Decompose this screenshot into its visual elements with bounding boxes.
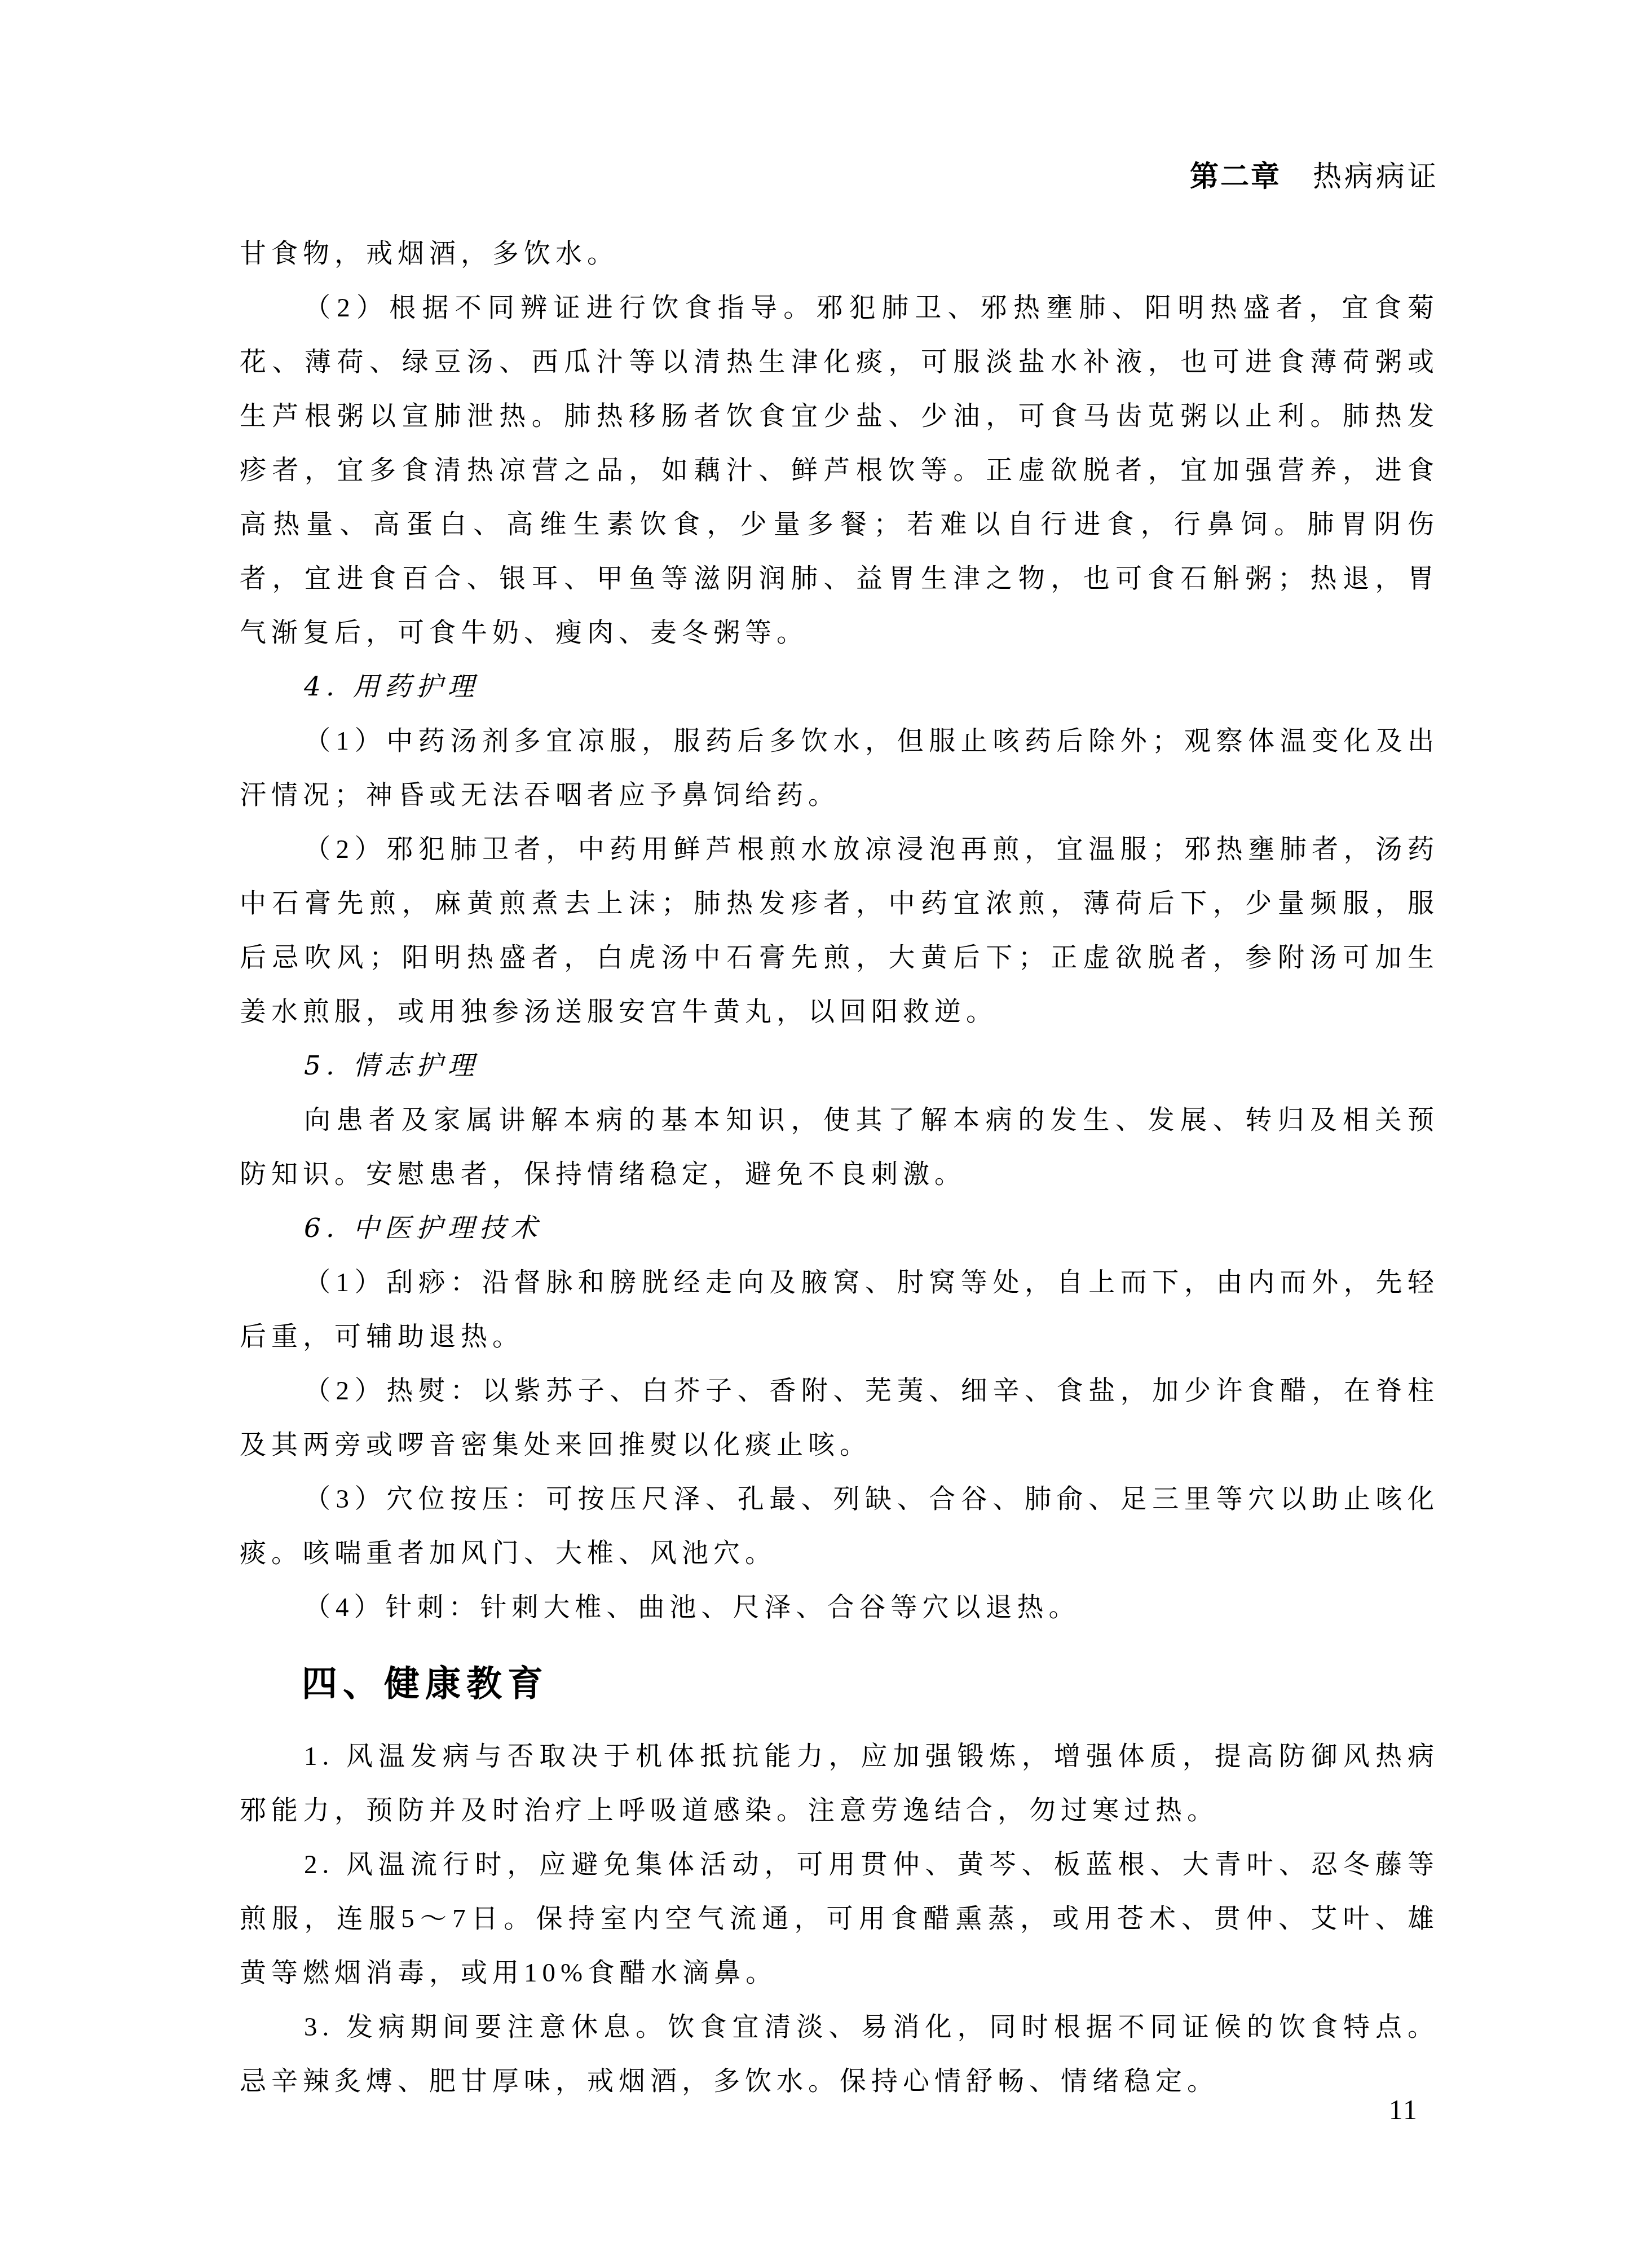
paragraph-medication-1: （1）中药汤剂多宜凉服，服药后多饮水，但服止咳药后除外；观察体温变化及出汗情况；… xyxy=(240,714,1439,822)
paragraph-emotion-care: 向患者及家属讲解本病的基本知识，使其了解本病的发生、发展、转归及相关预防知识。安… xyxy=(240,1093,1439,1201)
subheading-tcm-nursing-skills: 6. 中医护理技术 xyxy=(240,1201,1439,1256)
running-head: 第二章热病病证 xyxy=(240,160,1439,193)
page-body-text: 甘食物，戒烟酒，多饮水。 （2）根据不同辨证进行饮食指导。邪犯肺卫、邪热壅肺、阳… xyxy=(240,227,1439,2108)
paragraph-medication-2: （2）邪犯肺卫者，中药用鲜芦根煎水放凉浸泡再煎，宜温服；邪热壅肺者，汤药中石膏先… xyxy=(240,822,1439,1039)
paragraph-diet-continued: 甘食物，戒烟酒，多饮水。 xyxy=(240,227,1439,281)
paragraph-hot-ironing: （2）热熨：以紫苏子、白芥子、香附、芜荑、细辛、食盐，加少许食醋，在脊柱及其两旁… xyxy=(240,1364,1439,1472)
book-page: 第二章热病病证 甘食物，戒烟酒，多饮水。 （2）根据不同辨证进行饮食指导。邪犯肺… xyxy=(0,0,1628,2268)
chapter-label: 第二章 xyxy=(1190,160,1281,192)
subheading-medication-care: 4. 用药护理 xyxy=(240,660,1439,714)
paragraph-acupuncture: （4）针刺：针刺大椎、曲池、尺泽、合谷等穴以退热。 xyxy=(240,1580,1439,1635)
chapter-title: 热病病证 xyxy=(1313,160,1439,192)
subheading-emotion-care: 5. 情志护理 xyxy=(240,1039,1439,1093)
paragraph-guasha: （1）刮痧：沿督脉和膀胱经走向及腋窝、肘窝等处，自上而下，由内而外，先轻后重，可… xyxy=(240,1256,1439,1364)
paragraph-diet-guidance: （2）根据不同辨证进行饮食指导。邪犯肺卫、邪热壅肺、阳明热盛者，宜食菊花、薄荷、… xyxy=(240,281,1439,660)
paragraph-education-3: 3. 发病期间要注意休息。饮食宜清淡、易消化，同时根据不同证候的饮食特点。忌辛辣… xyxy=(240,2000,1439,2108)
section-heading-health-education: 四、健康教育 xyxy=(302,1661,1439,1707)
paragraph-education-1: 1. 风温发病与否取决于机体抵抗能力，应加强锻炼，增强体质，提高防御风热病邪能力… xyxy=(240,1729,1439,1838)
page-number: 11 xyxy=(240,2094,1418,2125)
paragraph-acupoint-pressing: （3）穴位按压：可按压尺泽、孔最、列缺、合谷、肺俞、足三里等穴以助止咳化痰。咳喘… xyxy=(240,1472,1439,1580)
paragraph-education-2: 2. 风温流行时，应避免集体活动，可用贯仲、黄芩、板蓝根、大青叶、忍冬藤等煎服，… xyxy=(240,1838,1439,2000)
